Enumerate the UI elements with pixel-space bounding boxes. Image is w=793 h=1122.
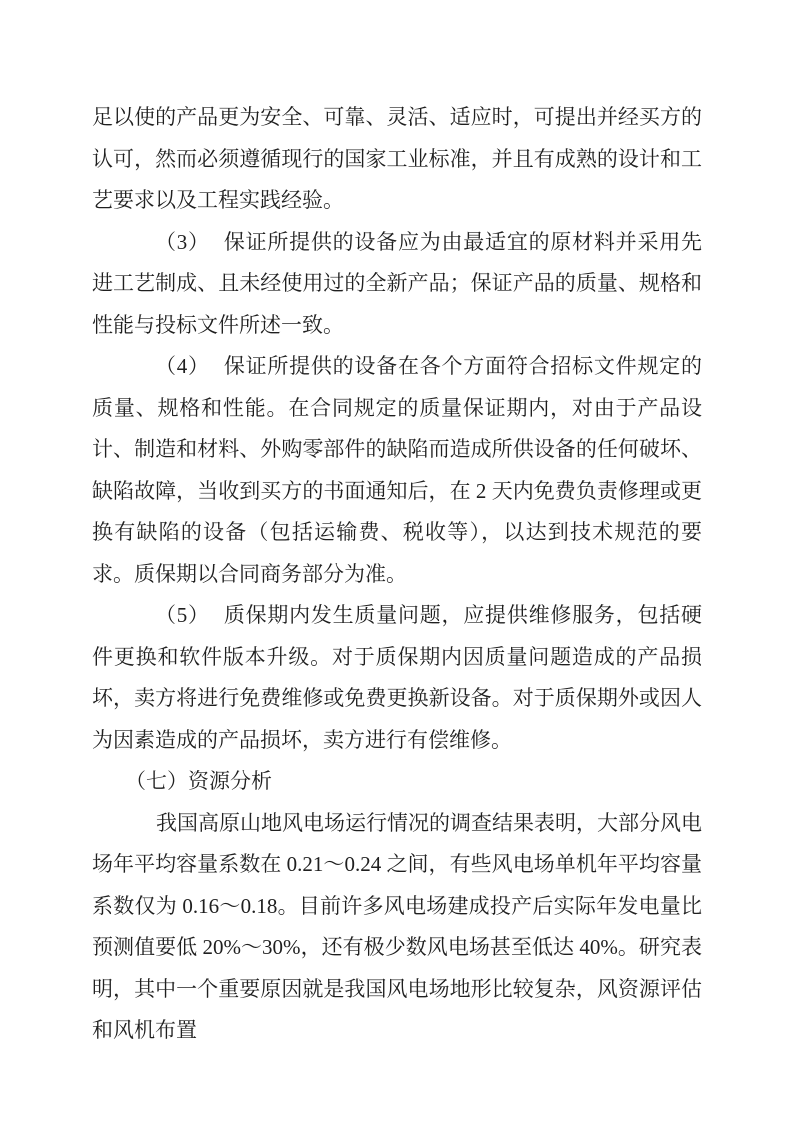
section-heading-resource-analysis: （七）资源分析 [92,761,702,803]
paragraph-resource-analysis: 我国高原山地风电场运行情况的调查结果表明，大部分风电场年平均容量系数在 0.21… [92,803,702,1052]
paragraph-continuation: 足以使的产品更为安全、可靠、灵活、适应时，可提出并经买方的认可，然而必须遵循现行… [92,97,702,222]
document-page: 足以使的产品更为安全、可靠、灵活、适应时，可提出并经买方的认可，然而必须遵循现行… [0,0,793,1122]
clause-text-4: 保证所提供的设备在各个方面符合招标文件规定的质量、规格和性能。在合同规定的质量保… [92,354,702,586]
paragraph-clause-3: （3）保证所提供的设备应为由最适宜的原材料并采用先进工艺制成、且未经使用过的全新… [92,222,702,347]
clause-number-5: （5） [155,603,210,627]
paragraph-clause-4: （4）保证所提供的设备在各个方面符合招标文件规定的质量、规格和性能。在合同规定的… [92,346,702,595]
document-body: 足以使的产品更为安全、可靠、灵活、适应时，可提出并经买方的认可，然而必须遵循现行… [92,97,702,1052]
clause-number-4: （4） [155,354,210,378]
paragraph-clause-5: （5）质保期内发生质量问题，应提供维修服务，包括硬件更换和软件版本升级。对于质保… [92,595,702,761]
clause-number-3: （3） [155,230,210,254]
